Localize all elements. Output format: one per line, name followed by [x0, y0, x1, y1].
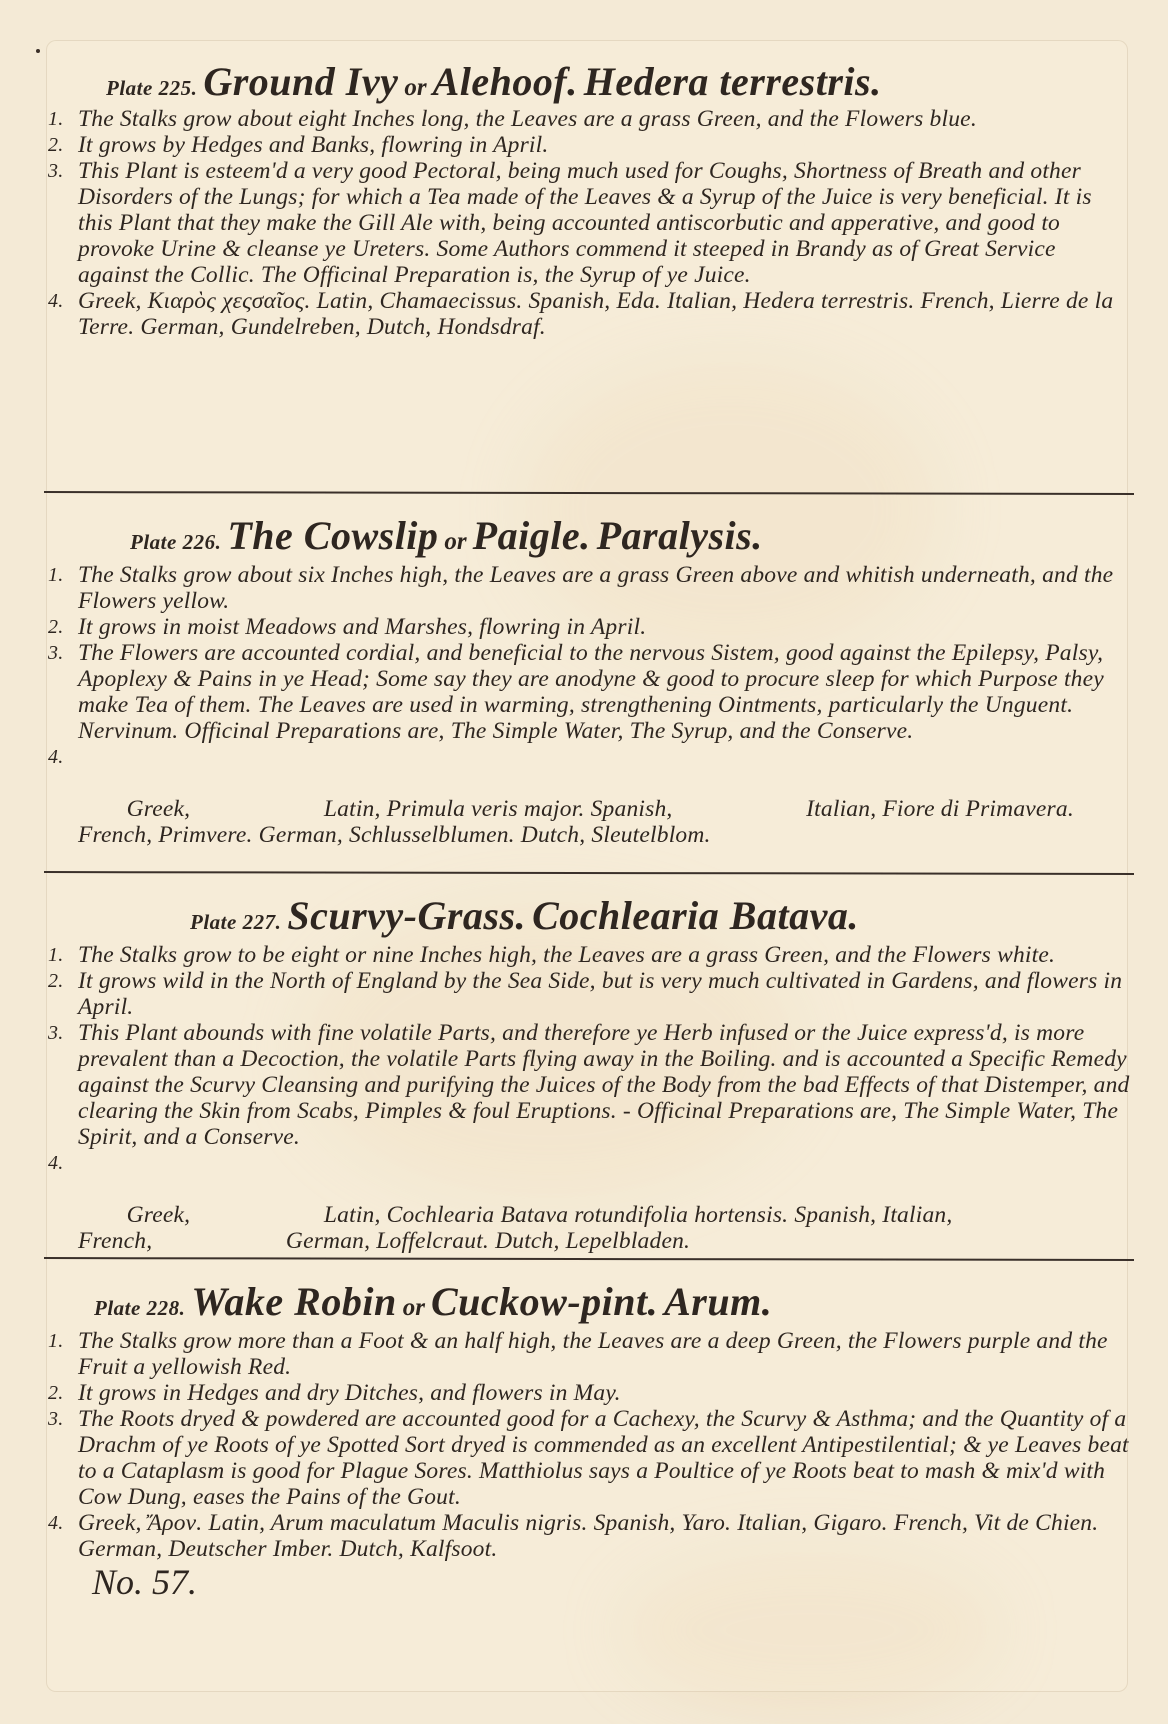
item-text: Greek, Latin, Primula veris major. Spani…: [78, 796, 1080, 848]
page-number: No. 57.: [48, 1564, 1130, 1600]
item-text: The Stalks grow about six Inches high, t…: [78, 562, 1113, 614]
item-text: The Stalks grow more than a Foot & an ha…: [78, 1328, 1108, 1380]
item-number: 1.: [48, 942, 63, 968]
list-item: 1. The Stalks grow about eight Inches lo…: [48, 106, 1130, 132]
item-text: The Roots dryed & powdered are accounted…: [78, 1406, 1129, 1510]
plant-name: The Cowslip: [227, 513, 438, 558]
plate-title: Plate 226. The Cowslip or Paigle. Paraly…: [48, 516, 1130, 556]
plant-alt-name: Alehoof.: [433, 59, 578, 104]
item-number: 4.: [48, 288, 63, 314]
plant-name: Ground Ivy: [203, 59, 398, 104]
item-number: 4.: [48, 1510, 63, 1536]
plate-items: 1. The Stalks grow about six Inches high…: [48, 562, 1130, 874]
list-item: 3. This Plant abounds with fine volatile…: [48, 1020, 1130, 1150]
plate-title: Plate 225. Ground Ivy or Alehoof. Hedera…: [48, 62, 1130, 102]
plate-items: 1. The Stalks grow more than a Foot & an…: [48, 1328, 1130, 1562]
item-number: 4.: [48, 744, 63, 770]
item-text: It grows in Hedges and dry Ditches, and …: [78, 1380, 621, 1406]
item-text: Greek, Ἄρον. Latin, Arum maculatum Macul…: [78, 1510, 1098, 1562]
item-text: Greek, Latin, Cochlearia Batava rotundif…: [78, 1202, 1086, 1254]
list-item: 4. Greek, Ἄρον. Latin, Arum maculatum Ma…: [48, 1510, 1130, 1562]
list-item: 3. The Roots dryed & powdered are accoun…: [48, 1406, 1130, 1510]
plate-227: Plate 227. Scurvy-Grass. Cochlearia Bata…: [48, 874, 1130, 1258]
item-number: 3.: [48, 1020, 63, 1046]
plant-latin-name: Cochlearia Batava.: [532, 893, 859, 938]
plate-title: Plate 228. Wake Robin or Cuckow-pint. Ar…: [48, 1282, 1130, 1322]
ink-speck: [36, 49, 40, 53]
plate-label: Plate 227.: [190, 910, 281, 934]
list-item: 2. It grows by Hedges and Banks, flowrin…: [48, 132, 1130, 158]
plate-label: Plate 225.: [106, 76, 197, 100]
list-item: 3. The Flowers are accounted cordial, an…: [48, 640, 1130, 744]
plant-latin-name: Paralysis.: [597, 513, 763, 558]
plant-latin-name: Arum.: [664, 1279, 772, 1324]
engraved-page: Plate 225. Ground Ivy or Alehoof. Hedera…: [48, 62, 1130, 1600]
list-item: 4. Greek, Κιαρὸς χεςσαῖος. Latin, Chamae…: [48, 288, 1130, 340]
item-text: It grows wild in the North of England by…: [78, 968, 1122, 1020]
item-number: 1.: [48, 1328, 63, 1354]
item-number: 2.: [48, 614, 63, 640]
item-number: 1.: [48, 562, 63, 588]
plate-label: Plate 228.: [94, 1296, 185, 1320]
item-number: 4.: [48, 1150, 63, 1176]
list-item: 1. The Stalks grow to be eight or nine I…: [48, 942, 1130, 968]
list-item: 4. Greek, Latin, Primula veris major. Sp…: [48, 744, 1130, 874]
item-number: 3.: [48, 640, 63, 666]
item-number: 3.: [48, 158, 63, 184]
list-item: 1. The Stalks grow about six Inches high…: [48, 562, 1130, 614]
item-number: 2.: [48, 968, 63, 994]
item-text: The Stalks grow to be eight or nine Inch…: [78, 942, 1055, 968]
list-item: 2. It grows in moist Meadows and Marshes…: [48, 614, 1130, 640]
item-text: The Flowers are accounted cordial, and b…: [78, 640, 1104, 744]
item-number: 3.: [48, 1406, 63, 1432]
plate-228: Plate 228. Wake Robin or Cuckow-pint. Ar…: [48, 1260, 1130, 1600]
item-number: 1.: [48, 106, 63, 132]
or-connector: or: [444, 528, 466, 555]
list-item: 2. It grows in Hedges and dry Ditches, a…: [48, 1380, 1130, 1406]
item-text: Greek, Κιαρὸς χεςσαῖος. Latin, Chamaecis…: [78, 288, 1113, 340]
plant-name: Wake Robin: [191, 1279, 396, 1324]
item-text: This Plant abounds with fine volatile Pa…: [78, 1020, 1130, 1150]
plate-226: Plate 226. The Cowslip or Paigle. Paraly…: [48, 494, 1130, 872]
plant-alt-name: Paigle.: [473, 513, 591, 558]
item-text: This Plant is esteem'd a very good Pecto…: [78, 158, 1092, 288]
list-item: 1. The Stalks grow more than a Foot & an…: [48, 1328, 1130, 1380]
plant-name: Scurvy-Grass.: [287, 893, 526, 938]
plate-items: 1. The Stalks grow about eight Inches lo…: [48, 106, 1130, 340]
plate-title: Plate 227. Scurvy-Grass. Cochlearia Bata…: [48, 896, 1130, 936]
list-item: 2. It grows wild in the North of England…: [48, 968, 1130, 1020]
list-item: 3. This Plant is esteem'd a very good Pe…: [48, 158, 1130, 288]
plate-items: 1. The Stalks grow to be eight or nine I…: [48, 942, 1130, 1280]
plant-latin-name: Hedera terrestris.: [584, 59, 882, 104]
item-text: It grows in moist Meadows and Marshes, f…: [78, 614, 646, 640]
or-connector: or: [403, 1294, 425, 1321]
item-text: The Stalks grow about eight Inches long,…: [78, 106, 977, 132]
plate-label: Plate 226.: [130, 530, 221, 554]
item-number: 2.: [48, 1380, 63, 1406]
item-text: It grows by Hedges and Banks, flowring i…: [78, 132, 548, 158]
plant-alt-name: Cuckow-pint.: [431, 1279, 658, 1324]
item-number: 2.: [48, 132, 63, 158]
or-connector: or: [404, 74, 426, 101]
plate-225: Plate 225. Ground Ivy or Alehoof. Hedera…: [48, 62, 1130, 492]
